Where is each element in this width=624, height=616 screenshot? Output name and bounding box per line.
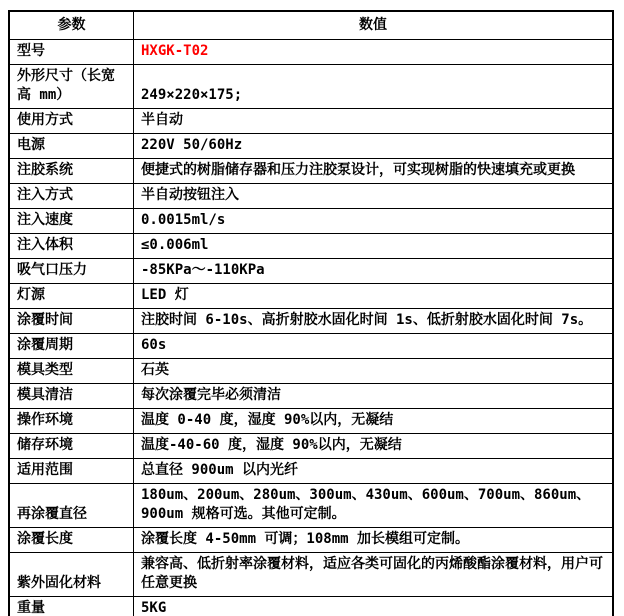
spec-table-header: 参数 数值 [9, 11, 613, 40]
param-cell: 适用范围 [9, 459, 134, 484]
param-cell: 涂覆时间 [9, 309, 134, 334]
param-cell: 外形尺寸（长宽高 mm） [9, 65, 134, 109]
spec-row: 储存环境温度-40-60 度，湿度 90%以内，无凝结 [9, 434, 613, 459]
spec-row: 模具清洁每次涂覆完毕必须清洁 [9, 384, 613, 409]
spec-row: 外形尺寸（长宽高 mm）249×220×175; [9, 65, 613, 109]
value-cell: 兼容高、低折射率涂覆材料，适应各类可固化的丙烯酸酯涂覆材料，用户可任意更换 [134, 553, 614, 597]
spec-row: 注入速度0.0015ml/s [9, 209, 613, 234]
value-cell: 便捷式的树脂储存器和压力注胶泵设计，可实现树脂的快速填充或更换 [134, 159, 614, 184]
spec-row: 再涂覆直径180um、200um、280um、300um、430um、600um… [9, 484, 613, 528]
param-cell: 电源 [9, 134, 134, 159]
spec-row: 注入方式半自动按钮注入 [9, 184, 613, 209]
param-cell: 型号 [9, 40, 134, 65]
param-cell: 涂覆长度 [9, 528, 134, 553]
param-cell: 注入速度 [9, 209, 134, 234]
spec-row: 模具类型石英 [9, 359, 613, 384]
header-row: 参数 数值 [9, 11, 613, 40]
value-cell: 5KG [134, 597, 614, 616]
value-cell: 180um、200um、280um、300um、430um、600um、700u… [134, 484, 614, 528]
param-cell: 模具类型 [9, 359, 134, 384]
spec-row: 操作环境温度 0-40 度，湿度 90%以内，无凝结 [9, 409, 613, 434]
value-cell: 0.0015ml/s [134, 209, 614, 234]
param-cell: 再涂覆直径 [9, 484, 134, 528]
spec-row: 吸气口压力-85KPa～-110KPa [9, 259, 613, 284]
value-cell: LED 灯 [134, 284, 614, 309]
document-page: 参数 数值 型号HXGK-T02外形尺寸（长宽高 mm）249×220×175;… [0, 0, 624, 616]
value-cell: 涂覆长度 4-50mm 可调；108mm 加长模组可定制。 [134, 528, 614, 553]
param-cell: 使用方式 [9, 109, 134, 134]
param-cell: 注胶系统 [9, 159, 134, 184]
value-cell: 60s [134, 334, 614, 359]
value-cell: 半自动 [134, 109, 614, 134]
value-cell: -85KPa～-110KPa [134, 259, 614, 284]
value-cell: 石英 [134, 359, 614, 384]
spec-row: 重量5KG [9, 597, 613, 616]
value-column-header: 数值 [134, 11, 614, 40]
param-cell: 涂覆周期 [9, 334, 134, 359]
param-cell: 注入方式 [9, 184, 134, 209]
spec-row: 涂覆时间注胶时间 6-10s、高折射胶水固化时间 1s、低折射胶水固化时间 7s… [9, 309, 613, 334]
value-cell: 每次涂覆完毕必须清洁 [134, 384, 614, 409]
spec-row: 型号HXGK-T02 [9, 40, 613, 65]
param-cell: 紫外固化材料 [9, 553, 134, 597]
param-cell: 操作环境 [9, 409, 134, 434]
spec-table: 参数 数值 型号HXGK-T02外形尺寸（长宽高 mm）249×220×175;… [8, 10, 614, 616]
spec-row: 紫外固化材料兼容高、低折射率涂覆材料，适应各类可固化的丙烯酸酯涂覆材料，用户可任… [9, 553, 613, 597]
spec-row: 使用方式半自动 [9, 109, 613, 134]
value-cell: 249×220×175; [134, 65, 614, 109]
value-cell: HXGK-T02 [134, 40, 614, 65]
param-cell: 吸气口压力 [9, 259, 134, 284]
value-cell: 总直径 900um 以内光纤 [134, 459, 614, 484]
param-cell: 灯源 [9, 284, 134, 309]
value-cell: 220V 50/60Hz [134, 134, 614, 159]
param-cell: 重量 [9, 597, 134, 616]
value-cell: 温度-40-60 度，湿度 90%以内，无凝结 [134, 434, 614, 459]
spec-row: 注胶系统便捷式的树脂储存器和压力注胶泵设计，可实现树脂的快速填充或更换 [9, 159, 613, 184]
spec-row: 涂覆周期60s [9, 334, 613, 359]
value-cell: ≤0.006ml [134, 234, 614, 259]
param-column-header: 参数 [9, 11, 134, 40]
value-cell: 注胶时间 6-10s、高折射胶水固化时间 1s、低折射胶水固化时间 7s。 [134, 309, 614, 334]
param-cell: 注入体积 [9, 234, 134, 259]
spec-row: 电源220V 50/60Hz [9, 134, 613, 159]
param-cell: 储存环境 [9, 434, 134, 459]
spec-row: 注入体积≤0.006ml [9, 234, 613, 259]
spec-row: 涂覆长度涂覆长度 4-50mm 可调；108mm 加长模组可定制。 [9, 528, 613, 553]
spec-row: 适用范围总直径 900um 以内光纤 [9, 459, 613, 484]
value-cell: 半自动按钮注入 [134, 184, 614, 209]
value-cell: 温度 0-40 度，湿度 90%以内，无凝结 [134, 409, 614, 434]
spec-row: 灯源LED 灯 [9, 284, 613, 309]
param-cell: 模具清洁 [9, 384, 134, 409]
spec-table-body: 型号HXGK-T02外形尺寸（长宽高 mm）249×220×175;使用方式半自… [9, 40, 613, 616]
